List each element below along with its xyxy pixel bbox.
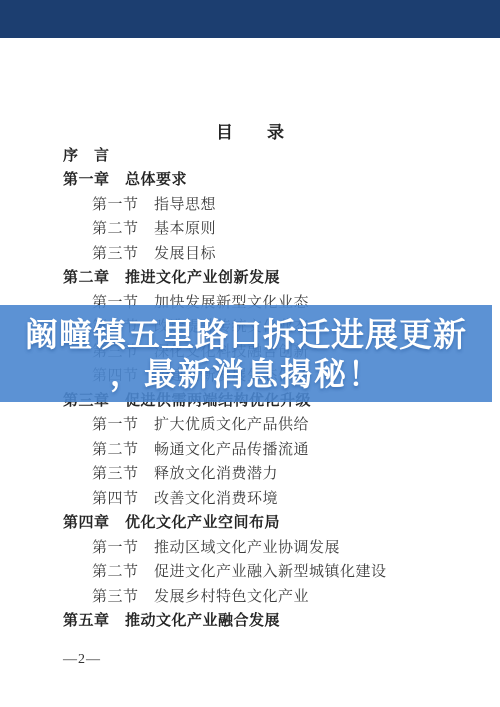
- toc-row-section: 第三节 发展目标: [0, 240, 500, 265]
- toc-row-section: 第四节 改善文化消费环境: [0, 485, 500, 510]
- toc-title: 目 录: [0, 118, 500, 142]
- toc-row-chapter: 第四章 优化文化产业空间布局: [0, 510, 500, 535]
- toc-row-section: 第三节 释放文化消费潜力: [0, 461, 500, 486]
- banner-headline-line2: ，最新消息揭秘！: [110, 355, 382, 393]
- toc-row-section: 第一节 推动区域文化产业协调发展: [0, 534, 500, 559]
- toc-row-preface: 序 言: [0, 142, 500, 167]
- toc-row-section: 第一节 指导思想: [0, 191, 500, 216]
- toc-row-section: 第二节 促进文化产业融入新型城镇化建设: [0, 559, 500, 584]
- toc-row-section: 第二节 畅通文化产品传播流通: [0, 436, 500, 461]
- toc-row-section: 第三节 发展乡村特色文化产业: [0, 583, 500, 608]
- toc-row-chapter: 第一章 总体要求: [0, 167, 500, 192]
- page-number: —2—: [63, 652, 101, 668]
- toc-row-section: 第一节 扩大优质文化产品供给: [0, 412, 500, 437]
- overlay-banner: 阚疃镇五里路口拆迁进展更新 ，最新消息揭秘！: [0, 305, 492, 402]
- toc-row-chapter: 第五章 推动文化产业融合发展: [0, 608, 500, 633]
- toc-row-section: 第二节 基本原则: [0, 216, 500, 241]
- toc-row-chapter: 第二章 推进文化产业创新发展: [0, 265, 500, 290]
- banner-headline-line1: 阚疃镇五里路口拆迁进展更新: [25, 315, 467, 355]
